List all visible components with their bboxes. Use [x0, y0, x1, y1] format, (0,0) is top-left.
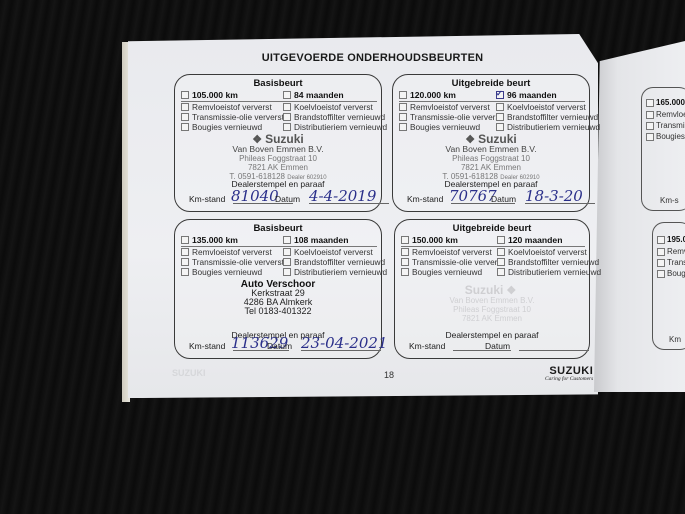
date-label: Datum: [491, 194, 516, 204]
checkbox-icon[interactable]: [401, 236, 409, 244]
checklist-item[interactable]: Brandstoffilter vernieuwd: [496, 112, 598, 122]
checkbox-icon[interactable]: [181, 91, 189, 99]
next-page-card-2: 195.000 km Remv Trans Boug Km: [652, 222, 685, 350]
checkbox-icon[interactable]: [283, 91, 291, 99]
checkbox-icon[interactable]: [283, 123, 291, 131]
checklist-item[interactable]: Distributieriem vernieuwd: [283, 122, 387, 132]
checkbox-icon[interactable]: [401, 268, 409, 276]
checklist-item[interactable]: Bougies vernieuwd: [399, 122, 480, 132]
km-target[interactable]: 105.000 km: [181, 90, 238, 100]
suzuki-s-logo-icon: ❖: [506, 287, 516, 296]
checklist-item[interactable]: Brandstoffilter vernieuwd: [283, 112, 385, 122]
maintenance-card: Uitgebreide beurt 120.000 km ✓96 maanden…: [392, 74, 590, 212]
months-target[interactable]: 108 maanden: [283, 235, 348, 245]
checkbox-icon[interactable]: [497, 236, 505, 244]
checkbox-icon[interactable]: [283, 113, 291, 121]
checkbox-icon[interactable]: [399, 123, 407, 131]
checklist-item[interactable]: Remvloeistof ververst: [181, 102, 272, 112]
checklist-row: Bougies vernieuwd Distributieriem vernie…: [401, 267, 585, 278]
km-label: Km-stand: [189, 341, 225, 351]
date-label: Datum: [275, 194, 300, 204]
checklist-item[interactable]: Bougies vernieuwd: [181, 122, 262, 132]
checkbox-icon[interactable]: [497, 248, 505, 256]
months-target[interactable]: 120 maanden: [497, 235, 562, 245]
months-target[interactable]: 84 maanden: [283, 90, 344, 100]
next-page-card-1: 165.000 km Remvloeistof Transmissie Boug…: [641, 87, 685, 211]
checklist-item[interactable]: Remvloeistof ververst: [181, 247, 272, 257]
dealer-stamp: ❖Suzuki Van Boven Emmen B.V. Phileas Fog…: [175, 135, 381, 183]
km-date-row: Km-stand Datum: [409, 338, 581, 352]
checkbox-icon[interactable]: [181, 268, 189, 276]
checkbox-icon[interactable]: [181, 123, 189, 131]
checklist-row: Bougies vernieuwd Distributieriem vernie…: [181, 267, 377, 278]
checklist-item[interactable]: Distributieriem vernieuwd: [283, 267, 387, 277]
checklist-item[interactable]: Transmissie-olie ververst: [181, 112, 284, 122]
date-label: Datum: [267, 341, 292, 351]
maintenance-card: Basisbeurt 135.000 km 108 maanden Remvlo…: [174, 219, 382, 359]
checklist-item[interactable]: Bougies vernieuwd: [401, 267, 482, 277]
service-type: Basisbeurt: [175, 223, 381, 234]
page-number: 18: [384, 370, 394, 380]
checkbox-icon[interactable]: [497, 268, 505, 276]
checkbox-icon[interactable]: [399, 91, 407, 99]
checkbox-icon[interactable]: [181, 103, 189, 111]
checkbox-icon[interactable]: [283, 268, 291, 276]
km-target[interactable]: 135.000 km: [181, 235, 238, 245]
checklist-item[interactable]: Brandstoffilter vernieuwd: [497, 257, 599, 267]
checklist-item[interactable]: Brandstoffilter vernieuwd: [283, 257, 385, 267]
checklist-item[interactable]: Transmissie-olie ververst: [181, 257, 284, 267]
checklist-item[interactable]: Koelvloeistof ververst: [283, 247, 373, 257]
km-value: 81040: [231, 187, 279, 205]
km-date-row: Km-stand 70767 Datum 18-3-20: [407, 191, 581, 205]
service-type: Basisbeurt: [175, 78, 381, 89]
checklist-item[interactable]: Remvloeistof ververst: [399, 102, 490, 112]
checkbox-icon[interactable]: [497, 258, 505, 266]
checkbox-icon[interactable]: [283, 258, 291, 266]
service-type: Uitgebreide beurt: [395, 223, 589, 234]
suzuki-logo: SUZUKI Caring for Customers: [545, 365, 593, 382]
km-date-row: Km-stand 113629 Datum 23-04-2021: [189, 338, 373, 352]
checkbox-icon[interactable]: [283, 236, 291, 244]
checkbox-icon[interactable]: [496, 113, 504, 121]
checklist-item[interactable]: Koelvloeistof ververst: [283, 102, 373, 112]
checkbox-icon[interactable]: [181, 236, 189, 244]
faded-suzuki-mark: SUZUKI: [172, 368, 206, 378]
months-target[interactable]: ✓96 maanden: [496, 90, 557, 100]
checklist-item[interactable]: Transmissie-olie ververst: [399, 112, 502, 122]
checklist-item[interactable]: Koelvloeistof ververst: [496, 102, 586, 112]
dealer-stamp: Auto Verschoor Kerkstraat 29 4286 BA Alm…: [175, 280, 381, 316]
targets-row: 150.000 km 120 maanden: [401, 235, 585, 247]
checklist-item[interactable]: Transmissie-olie ververst: [401, 257, 504, 267]
checkbox-icon[interactable]: [401, 248, 409, 256]
km-value: 70767: [449, 187, 497, 205]
checklist-item[interactable]: Distributieriem vernieuwd: [496, 122, 600, 132]
checkbox-icon[interactable]: [399, 113, 407, 121]
date-value: 23-04-2021: [301, 334, 387, 352]
dealer-stamp: ❖Suzuki Van Boven Emmen B.V. Phileas Fog…: [393, 135, 589, 183]
date-value: 4-4-2019: [309, 187, 376, 205]
date-field[interactable]: [519, 338, 589, 351]
date-label: Datum: [485, 341, 510, 351]
checklist-item[interactable]: Koelvloeistof ververst: [497, 247, 587, 257]
service-type: Uitgebreide beurt: [393, 78, 589, 89]
km-label: Km-stand: [409, 341, 445, 351]
date-value: 18-3-20: [525, 187, 583, 205]
page-title: UITGEVOERDE ONDERHOUDSBEURTEN: [0, 52, 685, 64]
checkbox-icon[interactable]: [181, 258, 189, 266]
km-label: Km-stand: [189, 194, 225, 204]
km-target[interactable]: 150.000 km: [401, 235, 458, 245]
checkbox-icon[interactable]: [401, 258, 409, 266]
checklist-item[interactable]: Bougies vernieuwd: [181, 267, 262, 277]
checkbox-icon[interactable]: [399, 103, 407, 111]
checkbox-icon[interactable]: [181, 248, 189, 256]
suzuki-logo-tagline: Caring for Customers: [545, 376, 593, 382]
checklist-item[interactable]: Distributieriem vernieuwd: [497, 267, 601, 277]
km-date-row: Km-stand 81040 Datum 4-4-2019: [189, 191, 373, 205]
km-label: Km-stand: [407, 194, 443, 204]
checked-checkbox-icon[interactable]: ✓: [496, 91, 504, 99]
checkbox-icon[interactable]: [283, 103, 291, 111]
faded-dealer-stamp: Suzuki❖ Van Boven Emmen B.V. Phileas Fog…: [395, 286, 589, 323]
targets-row: 120.000 km ✓96 maanden: [399, 90, 585, 102]
maintenance-card: Uitgebreide beurt 150.000 km 120 maanden…: [394, 219, 590, 359]
targets-row: 135.000 km 108 maanden: [181, 235, 377, 247]
maintenance-card: Basisbeurt 105.000 km 84 maanden Remvloe…: [174, 74, 382, 212]
checkbox-icon[interactable]: [496, 123, 504, 131]
checkbox-icon[interactable]: [283, 248, 291, 256]
checklist-item[interactable]: Remvloeistof ververst: [401, 247, 492, 257]
next-card-km-target: 165.000 km: [646, 98, 685, 107]
checkbox-icon[interactable]: [181, 113, 189, 121]
checkbox-icon[interactable]: [496, 103, 504, 111]
targets-row: 105.000 km 84 maanden: [181, 90, 377, 102]
km-target[interactable]: 120.000 km: [399, 90, 456, 100]
